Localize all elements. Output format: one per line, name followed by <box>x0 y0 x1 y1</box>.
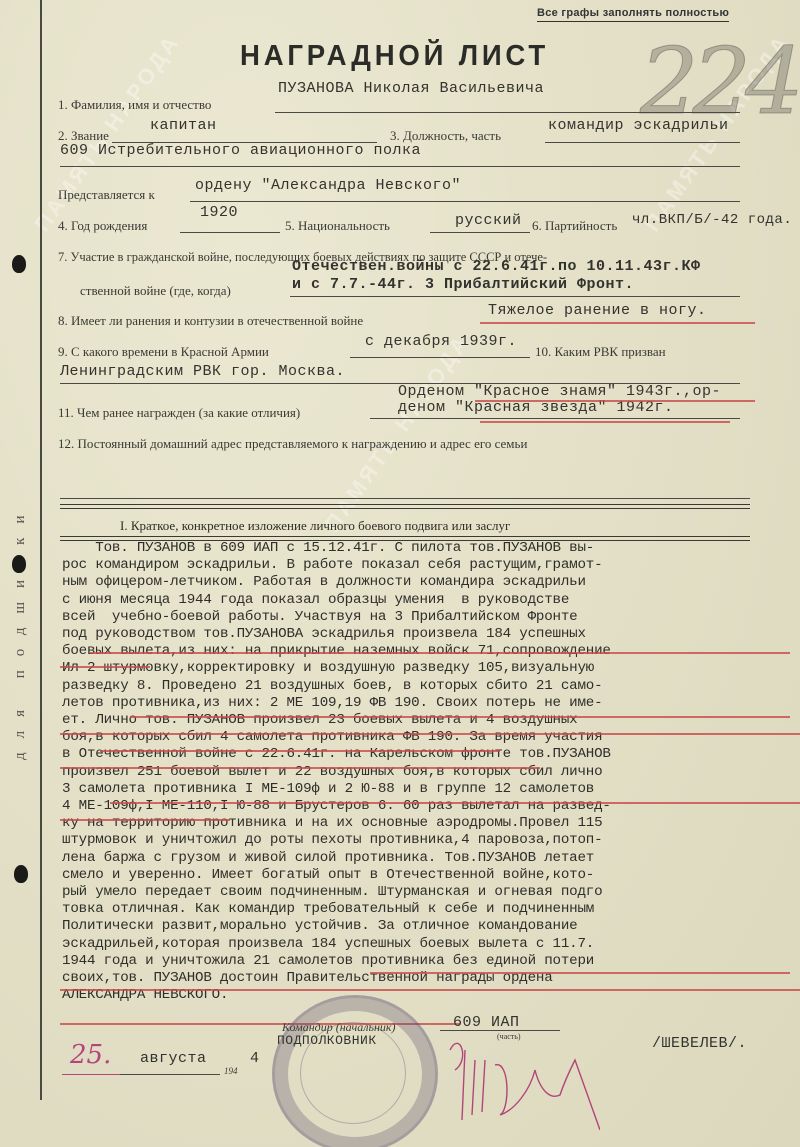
field-9-line <box>350 357 530 358</box>
recipient-name: ПУЗАНОВА Николая Васильевича <box>278 80 544 97</box>
nominated-label: Представляется к <box>58 187 155 203</box>
field-9-label: 9. С какого времени в Красной Армии <box>58 344 269 360</box>
punch-hole-icon <box>12 255 26 273</box>
merits-line: боя,в которых сбил 4 самолета противника… <box>62 729 800 746</box>
merits-line: всей учебно-боевой работы. Участвуя на 3… <box>62 609 800 626</box>
field-6-value: чл.ВКП/Б/-42 года. <box>632 212 792 228</box>
field-12-line <box>60 498 750 499</box>
field-6-label: 6. Партийность <box>532 218 617 234</box>
field-5-value: русский <box>455 212 522 229</box>
merits-description: Тов. ПУЗАНОВ в 609 ИАП с 15.12.41г. С пи… <box>62 540 800 1004</box>
merits-line: летов противника,из них: 2 МЕ 109,19 ФВ … <box>62 695 800 712</box>
commander-rank: ПОДПОЛКОВНИК <box>277 1033 377 1048</box>
field-11-value-2: деном "Красная звезда" 1942г. <box>398 399 674 416</box>
red-underline <box>100 750 500 752</box>
merits-line: смело и уверенно. Имеет богатый опыт в О… <box>62 867 800 884</box>
field-7-label-2: ственной войне (где, когда) <box>80 283 231 299</box>
merits-line: 4 МЕ-109ф,I МЕ-110,I Ю-88 и Брустеров 6.… <box>62 798 800 815</box>
field-8-label: 8. Имеет ли ранения и контузии в отечест… <box>58 313 363 329</box>
red-underline <box>130 716 790 718</box>
red-underline <box>60 666 150 668</box>
red-underline <box>370 972 790 974</box>
field-7-value-1: Отечествен.войны с 22.6.41г.по 10.11.43г… <box>292 258 701 275</box>
merits-line: 1944 года и уничтожила 21 самолетов прот… <box>62 953 800 970</box>
field-4-value: 1920 <box>200 204 238 221</box>
merits-line: разведку 8. Проведено 21 воздушных боев,… <box>62 678 800 695</box>
field-12-label: 12. Постоянный домашний адрес представля… <box>58 436 527 452</box>
field-3-line <box>545 142 740 143</box>
section-heading: I. Краткое, конкретное изложение личного… <box>120 518 510 534</box>
red-underline <box>480 322 755 324</box>
field-8-value: Тяжелое ранение в ногу. <box>488 302 707 319</box>
punch-hole-icon <box>14 865 28 883</box>
document-title: НАГРАДНОЙ ЛИСТ <box>240 40 549 73</box>
binding-margin-label: для подшивки <box>12 502 29 760</box>
field-11-value-1: Орденом "Красное знамя" 1943г.,ор- <box>398 383 721 400</box>
field-10-label: 10. Каким РВК призван <box>535 344 666 360</box>
field-7-value-2: и с 7.7.-44г. 3 Прибалтийский Фронт. <box>292 276 634 293</box>
date-year-suffix: 4 <box>250 1050 260 1067</box>
date-month-line <box>120 1074 220 1075</box>
section-divider <box>60 504 750 509</box>
field-3-value: командир эскадрильи <box>548 117 729 134</box>
merits-line: штурмовок и уничтожил до роты пехоты про… <box>62 832 800 849</box>
date-year-prefix: 194 <box>224 1066 238 1076</box>
red-underline <box>60 819 230 821</box>
field-11-label: 11. Чем ранее награжден (за какие отличи… <box>58 405 300 421</box>
unit-line <box>60 166 740 167</box>
field-2-value: капитан <box>150 117 217 134</box>
merits-line: эскадрильей,которая произвела 184 успешн… <box>62 936 800 953</box>
red-underline <box>110 802 800 804</box>
merits-line: ет. Лично тов. ПУЗАНОВ произвел 23 боевы… <box>62 712 800 729</box>
merits-line: Политически развит,морально устойчив. За… <box>62 918 800 935</box>
merits-line: с июня месяца 1944 года показал образцы … <box>62 592 800 609</box>
field-5-line <box>430 232 530 233</box>
red-underline <box>90 652 790 654</box>
field-7-line <box>290 296 740 297</box>
red-underline <box>60 989 800 991</box>
instruction-note: Все графы заполнять полностью <box>537 7 729 22</box>
merits-line: рый умело передает своим подчиненным. Шт… <box>62 884 800 901</box>
field-5-label: 5. Национальность <box>285 218 390 234</box>
field-4-label: 4. Год рождения <box>58 218 147 234</box>
field-11-line <box>370 418 740 419</box>
merits-line: Тов. ПУЗАНОВ в 609 ИАП с 15.12.41г. С пи… <box>62 540 800 557</box>
date-day-handwritten: 25. <box>70 1040 111 1070</box>
field-9-value: с декабря 1939г. <box>365 333 517 350</box>
red-underline <box>60 733 800 735</box>
field-1-label: 1. Фамилия, имя и отчество <box>58 97 211 113</box>
binding-margin-line <box>40 0 42 1100</box>
field-10-value: Ленинградским РВК гор. Москва. <box>60 363 345 380</box>
merits-line: 3 самолета противника I МЕ-109ф и 2 Ю-88… <box>62 781 800 798</box>
red-underline <box>480 421 730 423</box>
nominated-line <box>190 201 740 202</box>
merits-line: рос командиром эскадрильи. В работе пока… <box>62 557 800 574</box>
field-4-line <box>180 232 280 233</box>
nominated-value: ордену "Александра Невского" <box>195 177 461 194</box>
red-underline <box>60 767 540 769</box>
signer-name: /ШЕВЕЛЕВ/. <box>652 1035 747 1052</box>
field-3-unit: 609 Истребительного авиационного полка <box>60 142 421 159</box>
merits-line: Ил 2 штурмовку,корректировку и воздушную… <box>62 660 800 677</box>
red-underline <box>475 400 755 402</box>
handwritten-signature <box>440 1020 600 1130</box>
merits-line: ным офицером-летчиком. Работая в должнос… <box>62 574 800 591</box>
date-day-line <box>62 1074 120 1075</box>
punch-hole-icon <box>12 555 26 573</box>
date-month: августа <box>140 1050 207 1067</box>
merits-line: под руководством тов.ПУЗАНОВА эскадрилья… <box>62 626 800 643</box>
merits-line: лена баржа с грузом и живой силой против… <box>62 850 800 867</box>
merits-line: ку на территорию противника и на их осно… <box>62 815 800 832</box>
merits-line: товка отличная. Как командир требователь… <box>62 901 800 918</box>
field-1-line <box>275 112 740 113</box>
